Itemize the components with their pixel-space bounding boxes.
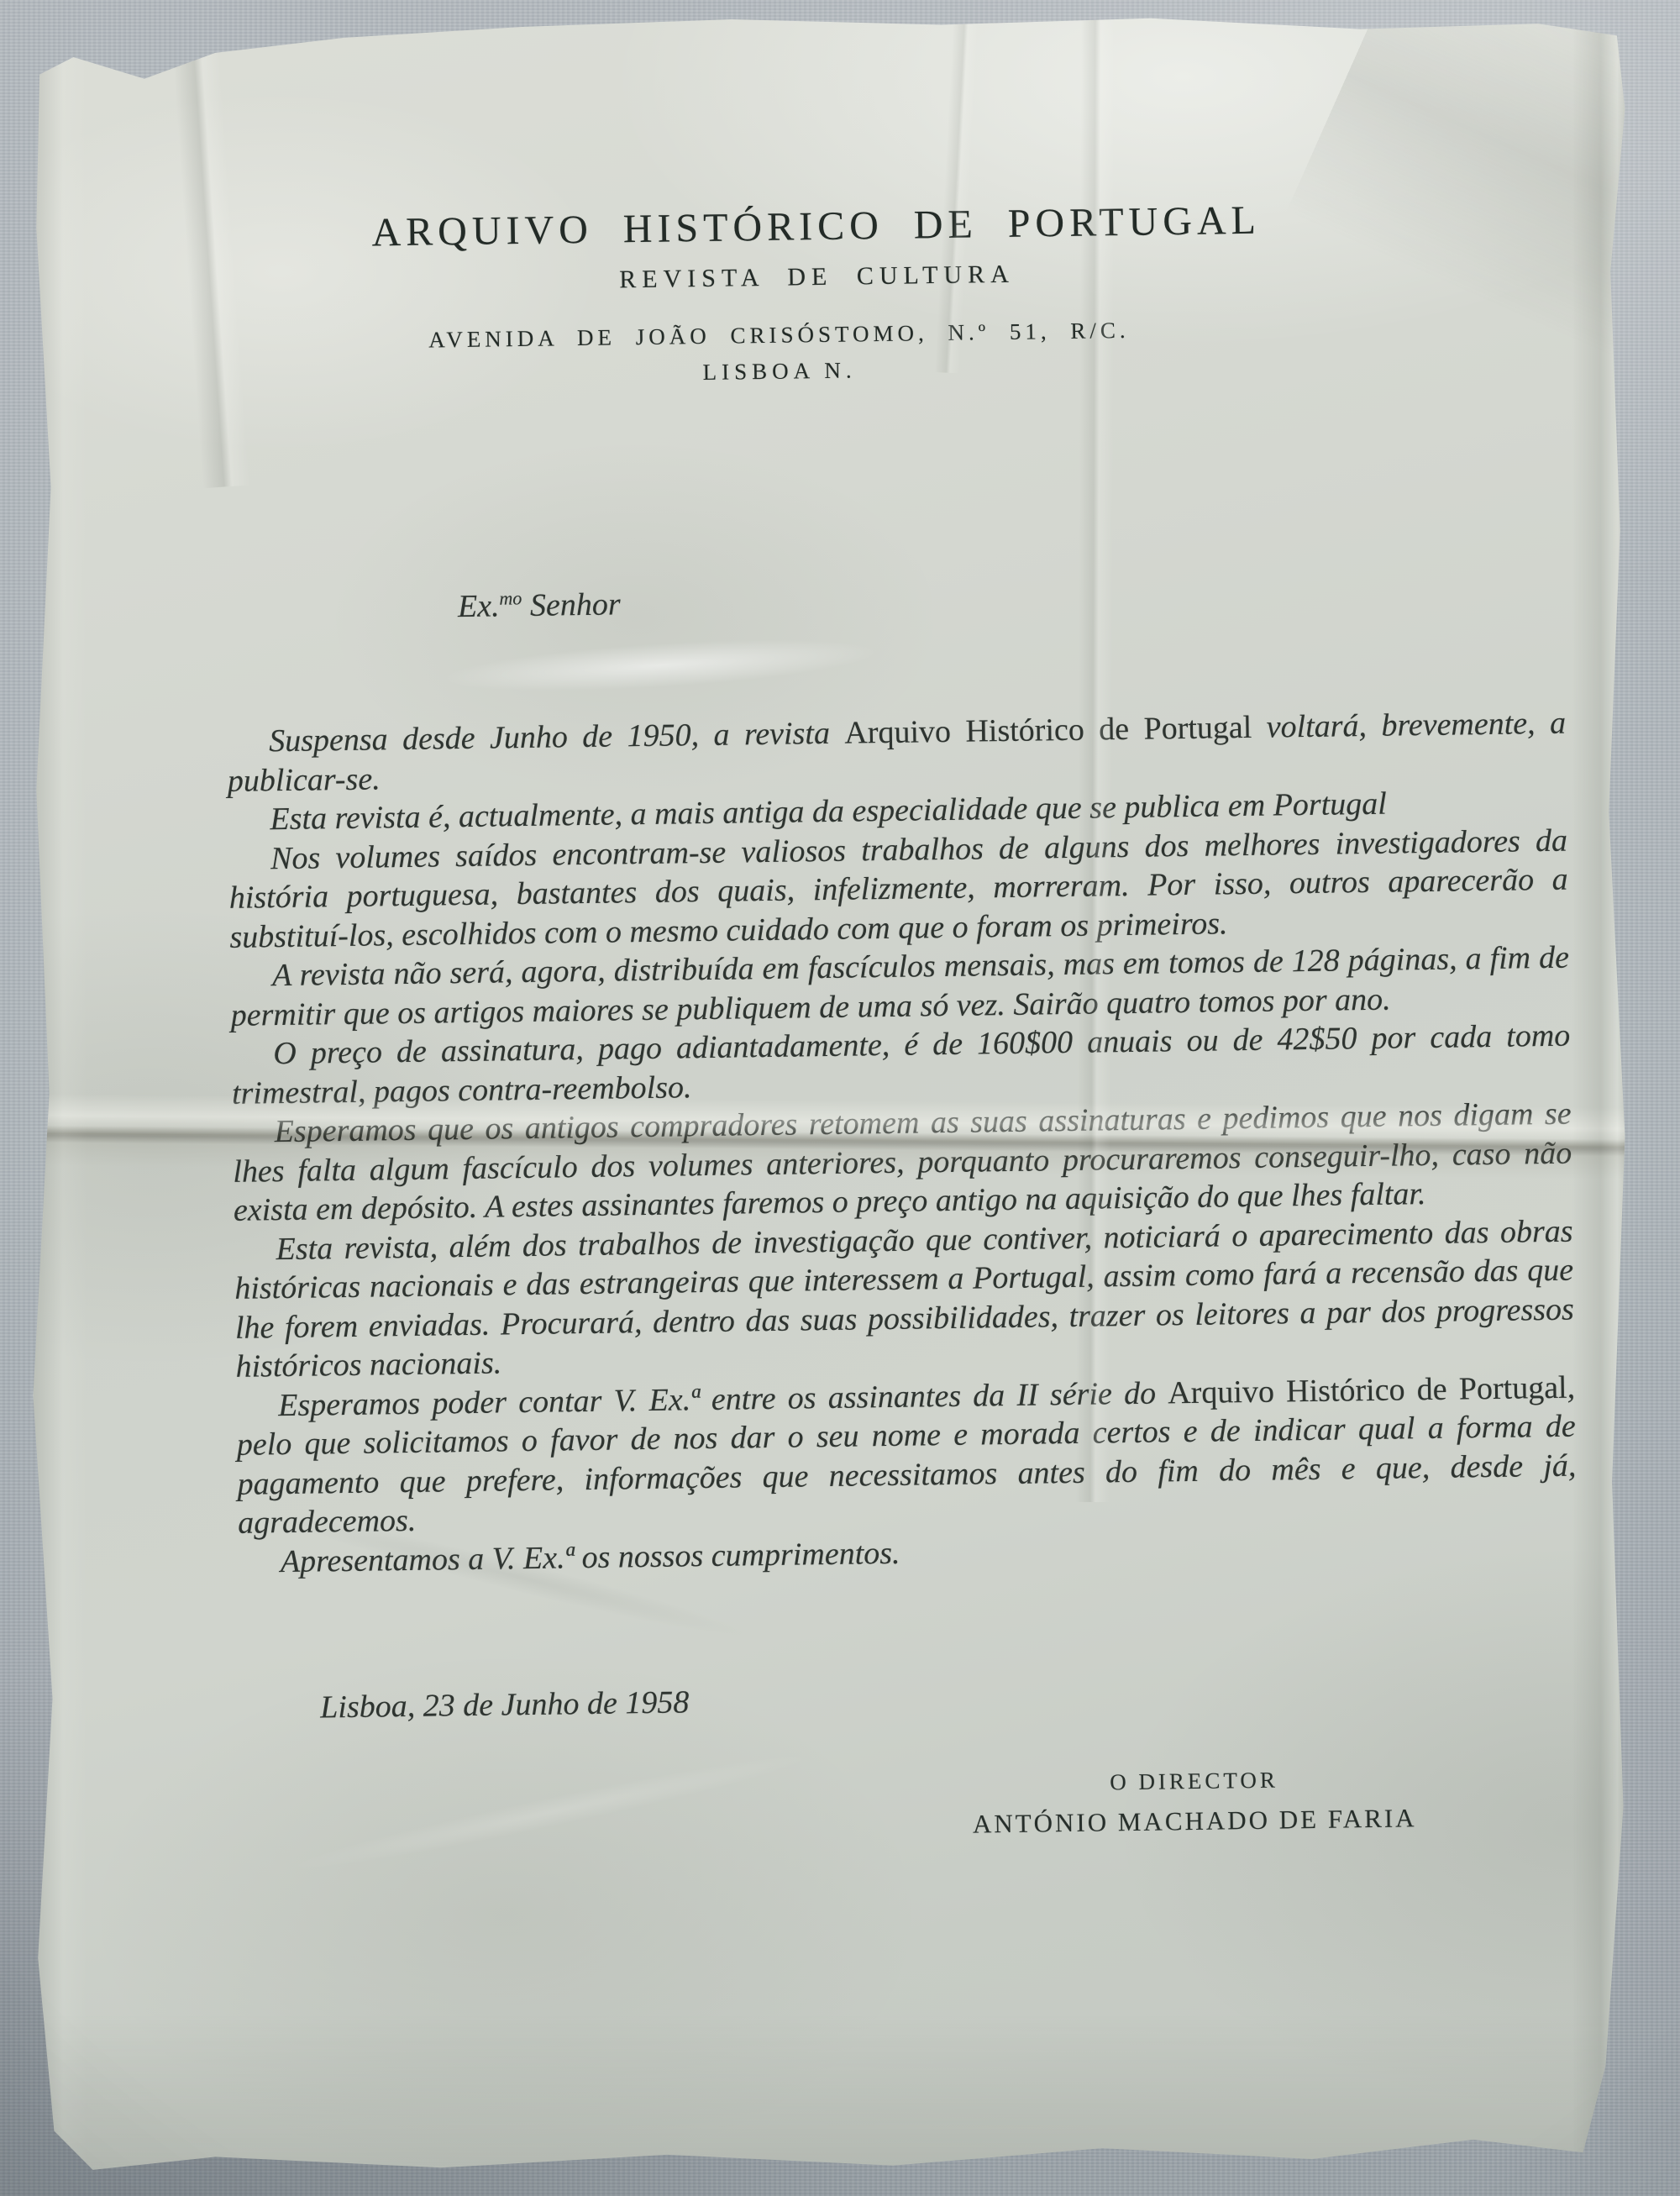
paragraph: Esperamos que os antigos compradores ret… xyxy=(232,1095,1572,1231)
letter-paper: ARQUIVO HISTÓRICO DE PORTUGAL REVISTA DE… xyxy=(22,12,1635,2174)
salutation-superscript: mo xyxy=(499,587,522,608)
paragraph-segment-italic: Esta revista, além dos trabalhos de inve… xyxy=(234,1213,1574,1384)
paragraph-segment-italic: Suspensa desde Junho de 1950, a revista xyxy=(269,716,845,759)
paragraph: Esta revista, além dos trabalhos de inve… xyxy=(234,1211,1574,1386)
letter-body: Suspensa desde Junho de 1950, a revista … xyxy=(227,704,1578,1582)
paragraph: Esperamos poder contar V. Ex.ª entre os … xyxy=(236,1368,1577,1542)
letterhead-title: ARQUIVO HISTÓRICO DE PORTUGAL xyxy=(9,192,1623,261)
paragraph-segment-italic: Apresentamos a V. Ex.ª os nossos cumprim… xyxy=(281,1535,900,1579)
paragraph-segment-roman: Arquivo Histórico de Portugal xyxy=(844,710,1252,751)
paragraph-segment-italic: Esperamos que os antigos compradores ret… xyxy=(233,1096,1572,1228)
salutation-rest: Senhor xyxy=(522,586,621,623)
signature-block: O DIRECTOR ANTÓNIO MACHADO DE FARIA xyxy=(881,1763,1507,1841)
paragraph-segment-roman: Arquivo Histórico de Portugal xyxy=(1168,1369,1567,1411)
letterhead: ARQUIVO HISTÓRICO DE PORTUGAL REVISTA DE… xyxy=(9,192,1625,396)
dateline: Lisboa, 23 de Junho de 1958 xyxy=(320,1684,690,1726)
letter-content: ARQUIVO HISTÓRICO DE PORTUGAL REVISTA DE… xyxy=(7,1,1650,2186)
paragraph: Nos volumes saídos encontram-se valiosos… xyxy=(228,821,1569,957)
salutation-prefix: Ex. xyxy=(458,588,500,624)
signature-role: O DIRECTOR xyxy=(881,1763,1506,1799)
paragraph-segment-italic: Nos volumes saídos encontram-se valiosos… xyxy=(228,822,1567,954)
photo-background: ARQUIVO HISTÓRICO DE PORTUGAL REVISTA DE… xyxy=(0,0,1680,2196)
letterhead-subtitle: REVISTA DE CULTURA xyxy=(10,252,1623,303)
signature-name: ANTÓNIO MACHADO DE FARIA xyxy=(882,1802,1507,1841)
salutation: Ex.mo Senhor xyxy=(458,586,621,625)
